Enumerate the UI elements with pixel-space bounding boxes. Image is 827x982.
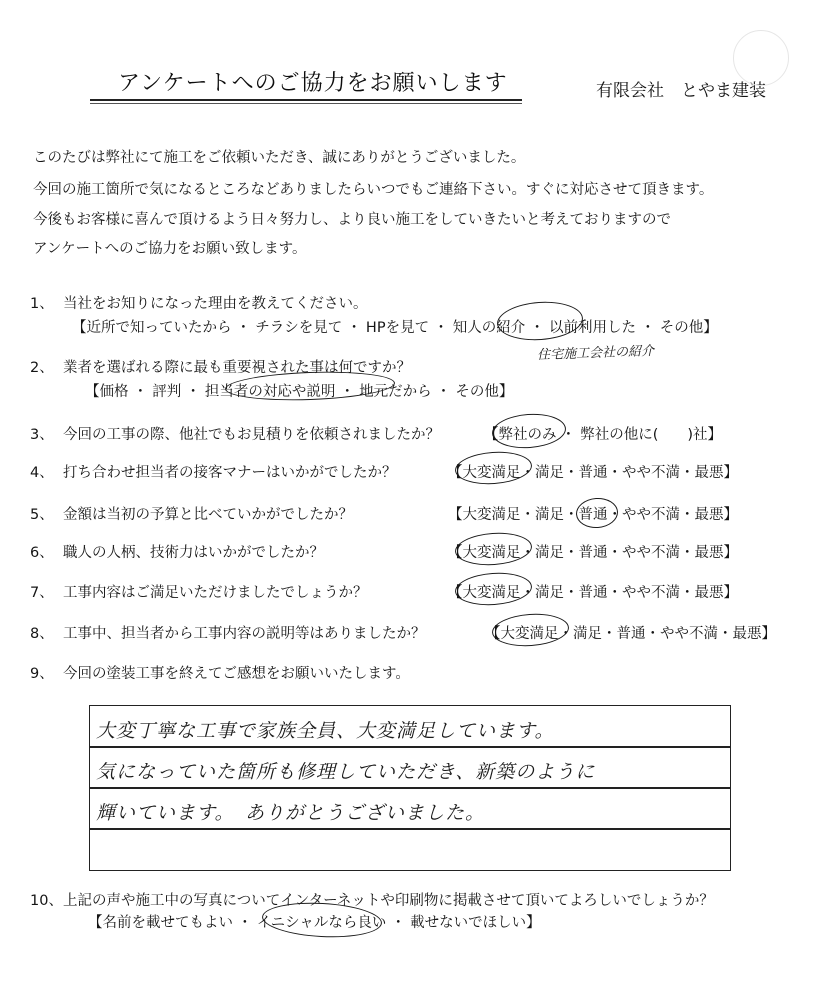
question-text: 職人の人柄、技術力はいかがでしたか？	[63, 545, 324, 561]
selection-circle-q7	[454, 570, 533, 607]
comment-answer-box[interactable]: 大変丁寧な工事で家族全員、大変満足しています。 気になっていた箇所も修理していた…	[89, 705, 731, 871]
selection-circle-q3	[491, 411, 567, 450]
answer-line-3: 輝いています。 ありがとうございました。	[96, 798, 485, 825]
question-6: 6、職人の人柄、技術力はいかがでしたか？	[30, 541, 324, 562]
question-1-options[interactable]: 【近所で知っていたから ・ チラシを見て ・ HPを見て ・ 知人の紹介 ・ 以…	[72, 316, 718, 337]
ruled-line	[90, 746, 730, 748]
selection-circle-q6	[454, 530, 533, 567]
intro-line-3: 今後もお客様に喜んで頂けるよう日々努力し、より良い施工をしていきたいと考えており…	[33, 208, 671, 229]
question-text: 工事中、担当者から工事内容の説明等はありましたか？	[63, 626, 426, 642]
question-text: 当社をお知りになった理由を教えてください。	[63, 296, 368, 312]
page-title: アンケートへのご協力をお願いします	[118, 66, 508, 97]
question-4: 4、打ち合わせ担当者の接客マナーはいかがでしたか？	[30, 461, 397, 482]
question-9: 9、今回の塗装工事を終えてご感想をお願いいたします。	[30, 662, 410, 683]
intro-line-4: アンケートへのご協力をお願い致します。	[33, 237, 306, 258]
question-5: 5、金額は当初の予算と比べていかがでしたか？	[30, 503, 353, 524]
question-text: 今回の工事の際、他社でもお見積りを依頼されましたか？	[63, 427, 440, 443]
question-3: 3、今回の工事の際、他社でもお見積りを依頼されましたか？	[30, 423, 440, 444]
question-number: 6、	[30, 541, 63, 562]
answer-line-2: 気になっていた箇所も修理していただき、新築のように	[96, 757, 595, 784]
question-number: 4、	[30, 461, 63, 482]
question-10: 10、上記の声や施工中の写真についてインターネットや印刷物に掲載させて頂いてよろ…	[30, 889, 714, 910]
title-underline-secondary	[90, 103, 522, 104]
handwritten-note-q1: 住宅施工会社の紹介	[537, 340, 655, 363]
question-number: 10、	[30, 889, 63, 910]
question-number: 2、	[30, 356, 63, 377]
question-text: 上記の声や施工中の写真についてインターネットや印刷物に掲載させて頂いてよろしいで…	[63, 893, 714, 909]
question-number: 9、	[30, 662, 63, 683]
question-number: 8、	[30, 622, 63, 643]
question-8: 8、工事中、担当者から工事内容の説明等はありましたか？	[30, 622, 426, 643]
question-7: 7、工事内容はご満足いただけましたでしょうか？	[30, 581, 368, 602]
question-text: 工事内容はご満足いただけましたでしょうか？	[63, 585, 368, 601]
question-text: 打ち合わせ担当者の接客マナーはいかがでしたか？	[63, 465, 397, 481]
question-number: 7、	[30, 581, 63, 602]
faint-stamp-icon	[733, 30, 789, 86]
company-name: 有限会社 とやま建装	[596, 76, 766, 101]
selection-circle-q8	[491, 611, 570, 648]
question-1: 1、当社をお知りになった理由を教えてください。	[30, 292, 368, 313]
selection-circle-q5	[575, 497, 619, 530]
question-number: 5、	[30, 503, 63, 524]
ruled-line	[90, 787, 730, 789]
question-number: 1、	[30, 292, 63, 313]
question-number: 3、	[30, 423, 63, 444]
question-text: 金額は当初の予算と比べていかがでしたか？	[63, 507, 353, 523]
title-underline	[90, 99, 522, 101]
intro-line-1: このたびは弊社にて施工をご依頼いただき、誠にありがとうございました。	[33, 146, 525, 167]
ruled-line	[90, 828, 730, 830]
question-text: 今回の塗装工事を終えてご感想をお願いいたします。	[63, 666, 410, 682]
intro-line-2: 今回の施工箇所で気になるところなどありましたらいつでもご連絡下さい。すぐに対応さ…	[33, 178, 713, 199]
answer-line-1: 大変丁寧な工事で家族全員、大変満足しています。	[96, 716, 554, 743]
